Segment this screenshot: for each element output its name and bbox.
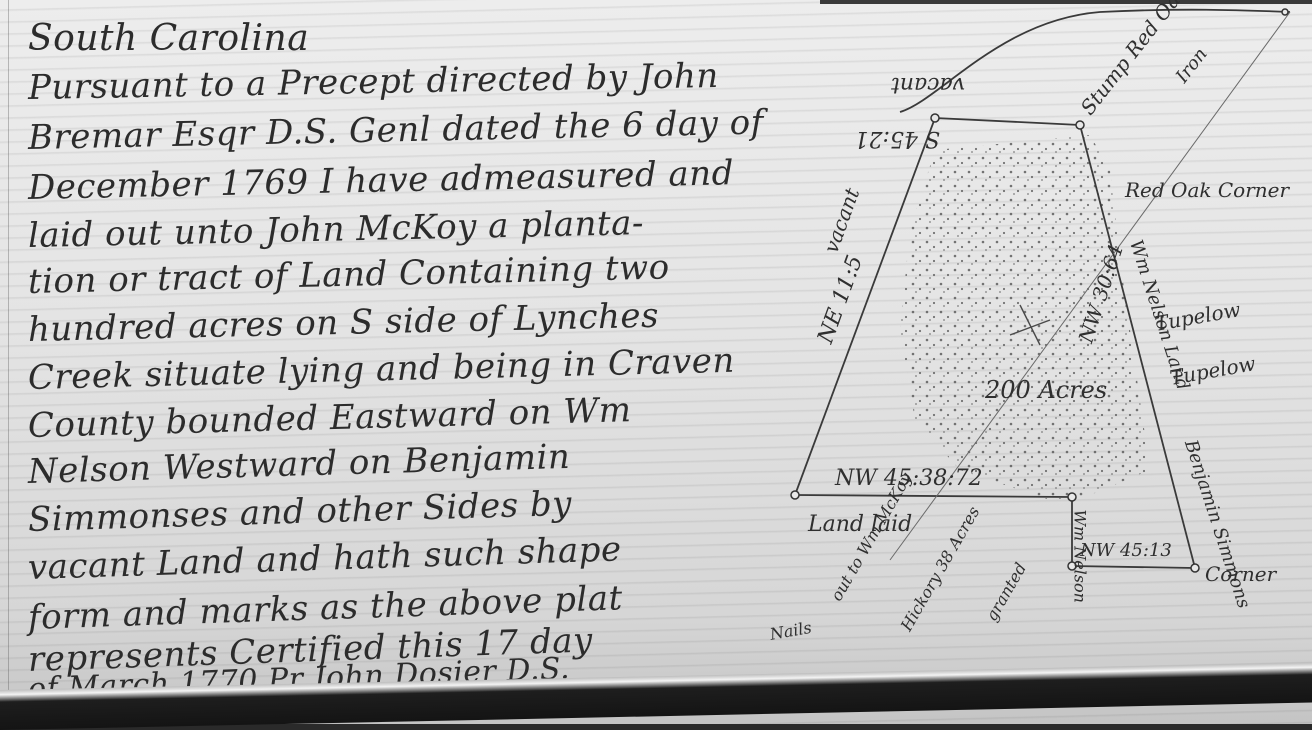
south-boundary-line (795, 495, 1072, 497)
plat-southeast-bearing: NW 45:13 (1080, 540, 1172, 561)
plat-diagram (0, 0, 1312, 724)
plat-wm-nelson-edge-label: Wm Nelson (1071, 510, 1090, 603)
southeast-boundary-line (1072, 566, 1195, 568)
corner-marker-sw (791, 491, 799, 499)
plat-north-bearing: S 45:21 (855, 126, 940, 151)
plat-north-vacant-label: vacant (891, 72, 965, 97)
plat-red-oak-label: Red Oak Corner (1125, 178, 1289, 202)
corner-marker-s-mid (1068, 493, 1076, 501)
corner-marker-se (1191, 564, 1199, 572)
corner-marker-nw (931, 114, 939, 122)
plat-area-label: 200 Acres (985, 376, 1107, 404)
corner-marker-ne (1076, 121, 1084, 129)
plat-south-corner-label: Corner (1205, 562, 1276, 586)
marsh-stipple (900, 135, 1150, 500)
north-boundary-line (935, 118, 1080, 125)
document-page: South Carolina Pursuant to a Precept dir… (0, 0, 1312, 724)
plat-land-laid-label: Land laid (808, 512, 912, 537)
corner-marker-top (1282, 9, 1288, 15)
